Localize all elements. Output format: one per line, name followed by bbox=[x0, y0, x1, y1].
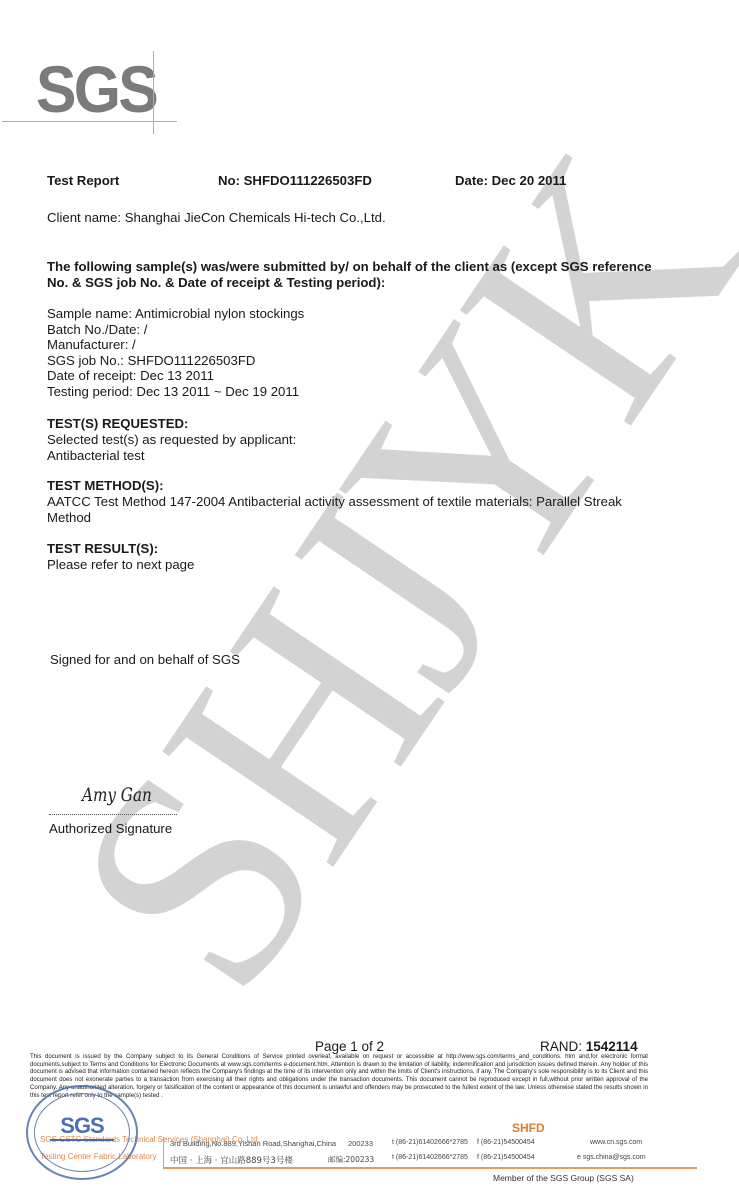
branch-code: SHFD bbox=[512, 1121, 545, 1135]
sgs-stamp: SGS bbox=[26, 1085, 138, 1180]
telephone: t (86-21)61402666*2785 bbox=[392, 1139, 468, 1146]
submission-intro: The following sample(s) was/were submitt… bbox=[47, 259, 657, 291]
fax: f (86-21)54500454 bbox=[477, 1154, 535, 1161]
test-results-section: TEST RESULT(S): Please refer to next pag… bbox=[47, 541, 194, 573]
section-line: Antibacterial test bbox=[47, 448, 296, 464]
zip-chinese: 邮编:200233 bbox=[328, 1154, 374, 1165]
handwritten-signature: Amy Gan bbox=[82, 784, 152, 806]
rand-value: 1542114 bbox=[586, 1039, 638, 1054]
section-heading: TEST RESULT(S): bbox=[47, 541, 194, 557]
stamp-underline bbox=[50, 1139, 114, 1141]
client-name: Client name: Shanghai JieCon Chemicals H… bbox=[47, 210, 386, 226]
date-of-receipt: Date of receipt: Dec 13 2011 bbox=[47, 368, 304, 384]
section-heading: TEST METHOD(S): bbox=[47, 478, 667, 494]
sample-name: Sample name: Antimicrobial nylon stockin… bbox=[47, 306, 304, 322]
signed-for-text: Signed for and on behalf of SGS bbox=[50, 652, 240, 668]
section-text: AATCC Test Method 147-2004 Antibacterial… bbox=[47, 494, 667, 526]
signature-dotted-line bbox=[49, 814, 177, 815]
rand-label: RAND: bbox=[540, 1039, 586, 1054]
address-chinese: 中国 · 上海 · 宜山路889号3号楼 bbox=[170, 1154, 293, 1166]
stamp-sgs-text: SGS bbox=[28, 1113, 136, 1139]
report-date: Date: Dec 20 2011 bbox=[455, 173, 566, 189]
sgs-job-no: SGS job No.: SHFDO111226503FD bbox=[47, 353, 304, 369]
section-heading: TEST(S) REQUESTED: bbox=[47, 416, 296, 432]
telephone: t (86-21)61402666*2785 bbox=[392, 1154, 468, 1161]
fax: f (86-21)54500454 bbox=[477, 1139, 535, 1146]
legal-disclaimer: This document is issued by the Company s… bbox=[30, 1053, 648, 1099]
section-line: Selected test(s) as requested by applica… bbox=[47, 432, 296, 448]
footer-horizontal-rule bbox=[163, 1167, 697, 1169]
sample-details: Sample name: Antimicrobial nylon stockin… bbox=[47, 306, 304, 400]
test-methods-section: TEST METHOD(S): AATCC Test Method 147-20… bbox=[47, 478, 667, 526]
zip-english: 200233 bbox=[348, 1139, 373, 1148]
manufacturer: Manufacturer: / bbox=[47, 337, 304, 353]
section-text: Please refer to next page bbox=[47, 557, 194, 573]
member-of-sgs-group: Member of the SGS Group (SGS SA) bbox=[493, 1173, 634, 1183]
email-link[interactable]: e sgs.china@sgs.com bbox=[577, 1154, 646, 1161]
testing-period: Testing period: Dec 13 2011 ~ Dec 19 201… bbox=[47, 384, 304, 400]
report-title: Test Report bbox=[47, 173, 119, 189]
authorized-signature-label: Authorized Signature bbox=[49, 821, 172, 837]
website-link[interactable]: www.cn.sgs.com bbox=[590, 1139, 642, 1146]
tests-requested-section: TEST(S) REQUESTED: Selected test(s) as r… bbox=[47, 416, 296, 464]
batch-no: Batch No./Date: / bbox=[47, 322, 304, 338]
report-body: Test Report No: SHFDO111226503FD Date: D… bbox=[0, 0, 739, 1200]
report-number: No: SHFDO111226503FD bbox=[218, 173, 372, 189]
